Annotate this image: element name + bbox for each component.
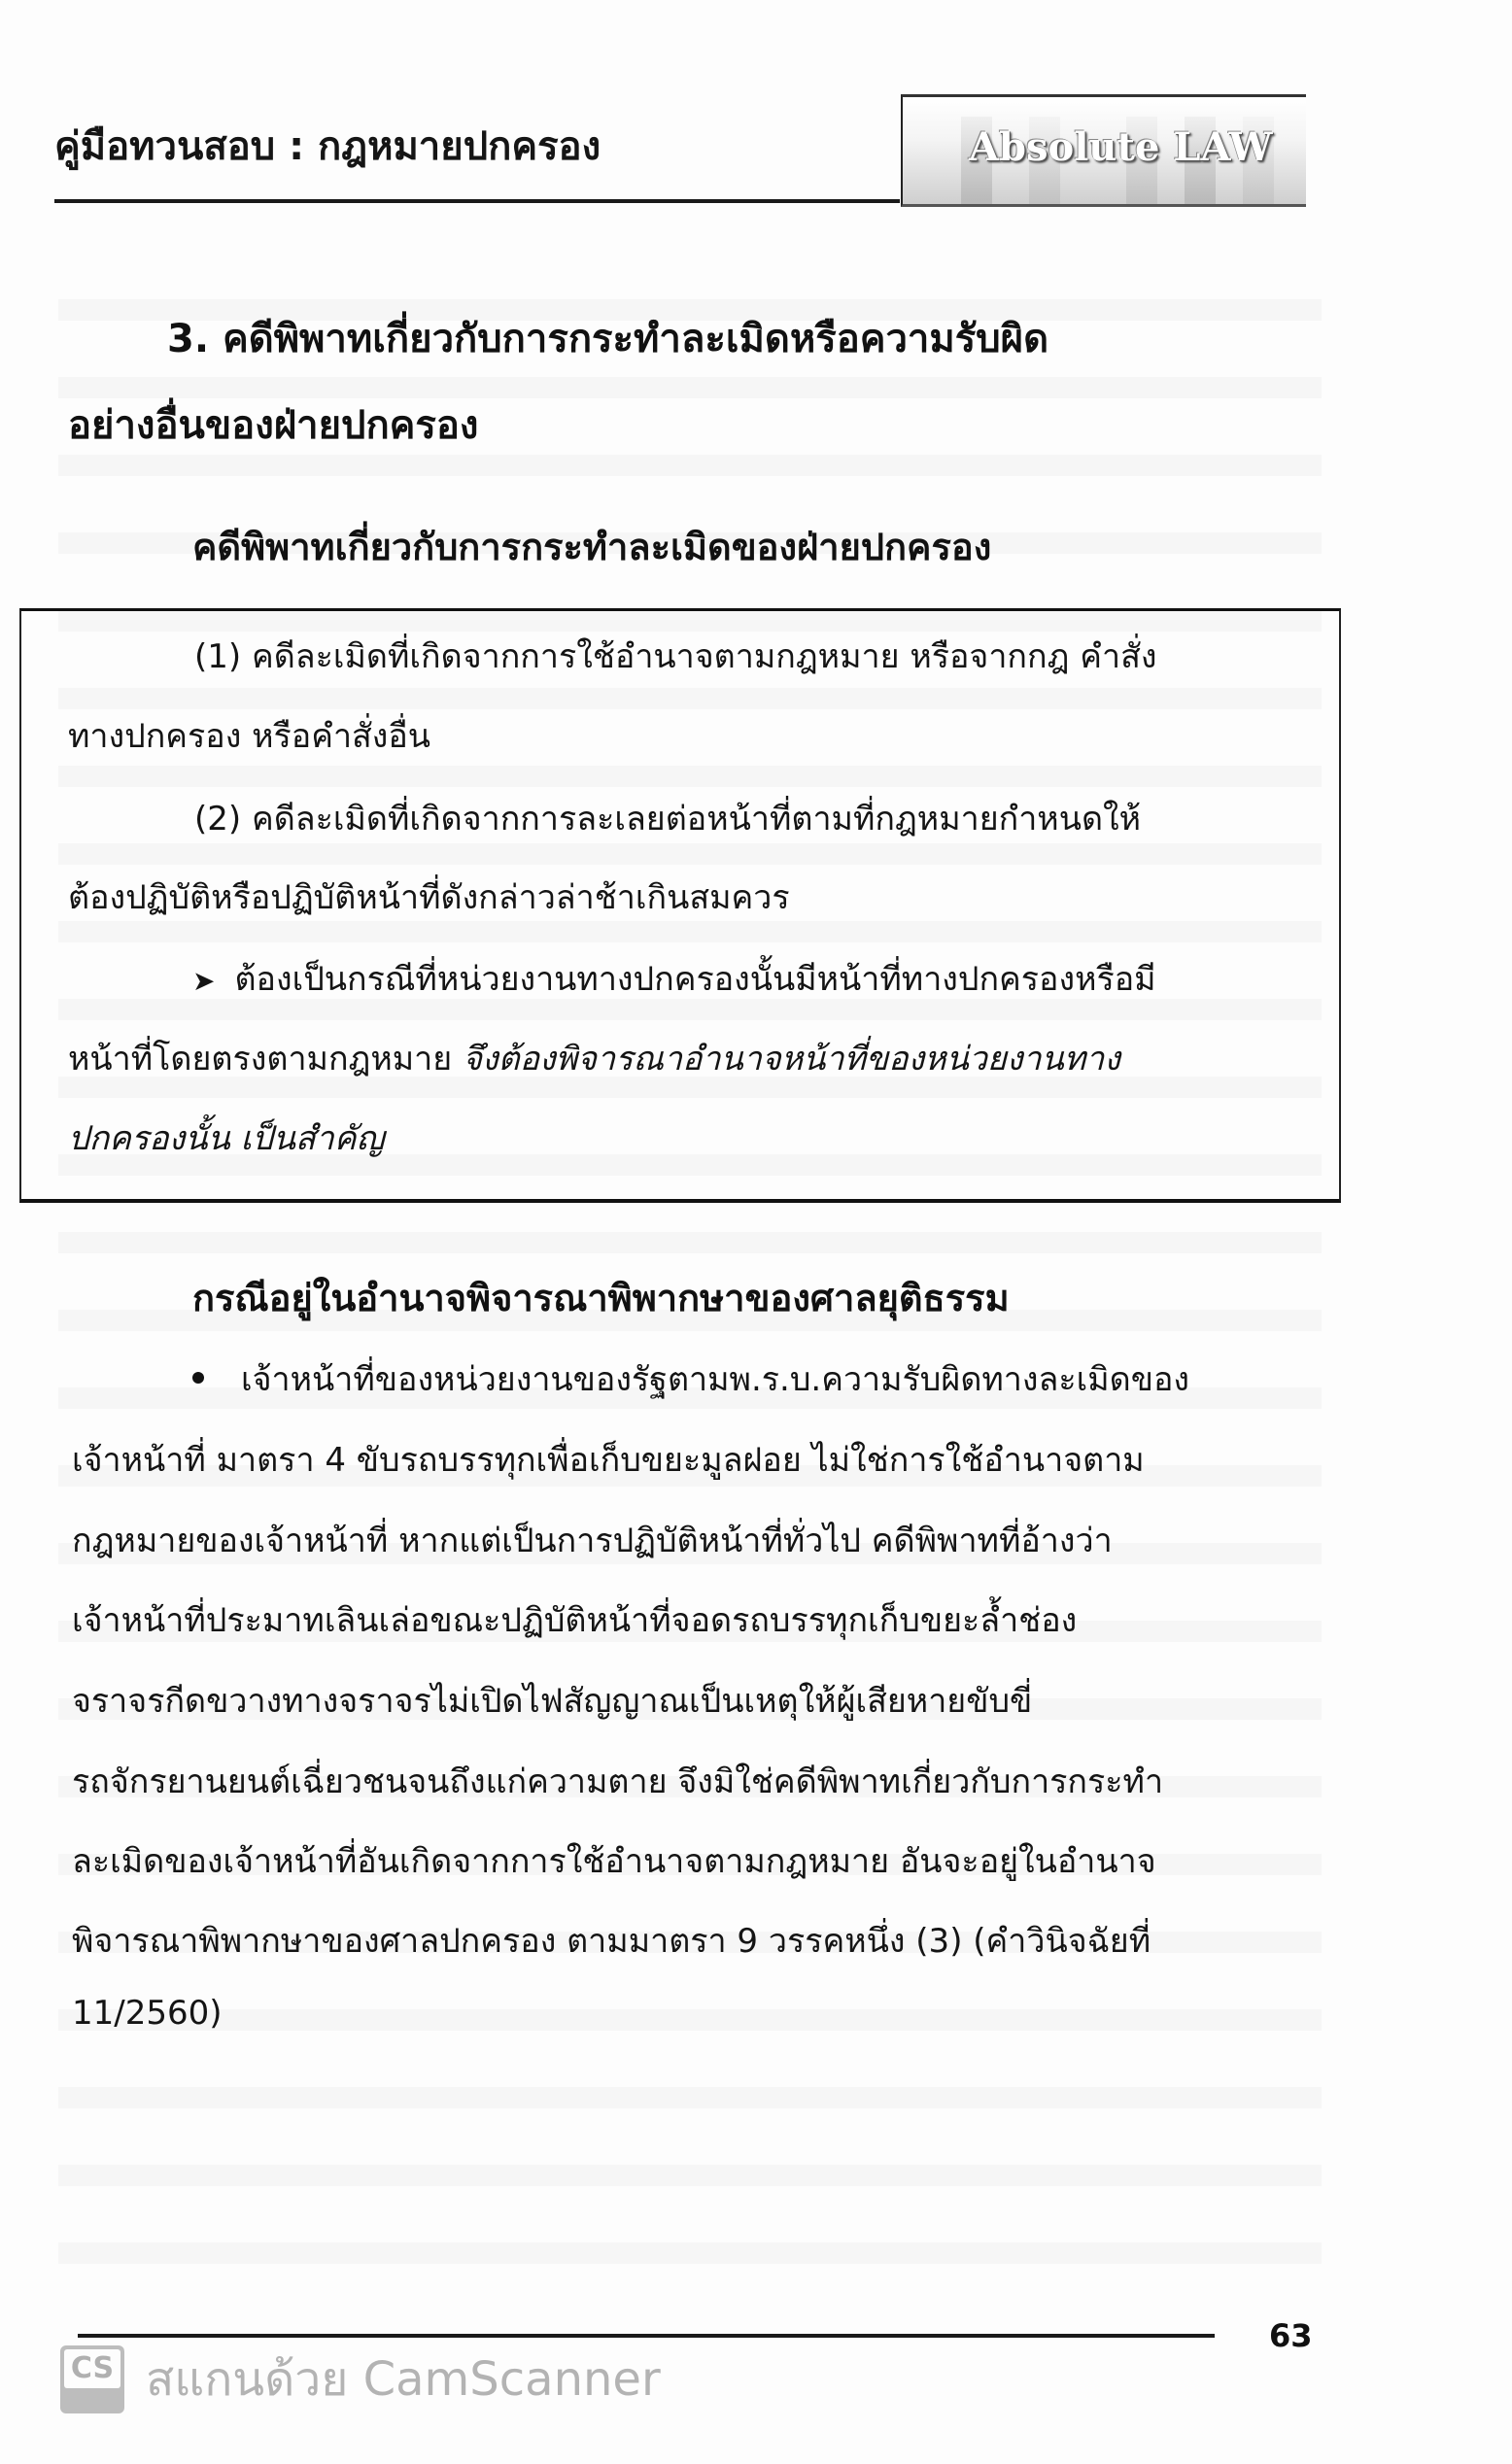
box-line-4: ต้องปฏิบัติหรือปฏิบัติหน้าที่ดังกล่าวล่า… [68,871,790,923]
case-line-6: รถจักรยานยนต์เฉี่ยวชนจนถึงแก่ความตาย จึง… [72,1755,1163,1807]
camscanner-logo-icon: CS [60,2345,124,2413]
bullet-text: ต้องเป็นกรณีที่หน่วยงานทางปกครองนั้นมีหน… [234,960,1155,999]
case-line-8: พิจารณาพิพากษาของศาลปกครอง ตามมาตรา 9 วร… [72,1914,1151,1967]
page-number: 63 [1269,2317,1313,2354]
logo-text: Absolute LAW [969,124,1272,170]
case-text: เจ้าหน้าที่ของหน่วยงานของรัฐตามพ.ร.บ.ควา… [241,1360,1189,1399]
case-line-2: เจ้าหน้าที่ มาตรา 4 ขับรถบรรทุกเพื่อเก็บ… [72,1433,1145,1486]
camscanner-watermark: CS สแกนด้วย CamScanner [60,2344,661,2414]
box-bullet-line-1: ➤ต้องเป็นกรณีที่หน่วยงานทางปกครองนั้นมีห… [192,952,1156,1005]
case-line-1: เจ้าหน้าที่ของหน่วยงานของรัฐตามพ.ร.บ.ควา… [192,1352,1189,1405]
bullet-text-italic: จึงต้องพิจารณาอำนาจหน้าที่ของหน่วยงานทาง [463,1040,1120,1078]
box-line-1: (1) คดีละเมิดที่เกิดจากการใช้อำนาจตามกฎห… [194,630,1156,682]
header-rule [54,199,900,203]
watermark-text: สแกนด้วย CamScanner [146,2343,661,2416]
chevron-bullet-icon: ➤ [192,965,215,997]
box-bullet-line-2: หน้าที่โดยตรงตามกฎหมาย จึงต้องพิจารณาอำน… [68,1032,1120,1084]
bullet-text-normal: หน้าที่โดยตรงตามกฎหมาย [68,1040,463,1078]
subheading-court-of-justice: กรณีอยู่ในอำนาจพิจารณาพิพากษาของศาลยุติธ… [192,1268,1010,1327]
box-line-2: ทางปกครอง หรือคำสั่งอื่น [68,709,430,762]
case-line-3: กฎหมายของเจ้าหน้าที่ หากแต่เป็นการปฏิบัต… [72,1514,1113,1566]
subheading-tort: คดีพิพาทเกี่ยวกับการกระทำละเมิดของฝ่ายปก… [192,517,991,576]
box-line-3: (2) คดีละเมิดที่เกิดจากการละเลยต่อหน้าที… [194,792,1141,844]
case-line-5: จราจรกีดขวางทางจราจรไม่เปิดไฟสัญญาณเป็นเ… [72,1674,1032,1727]
dot-bullet-icon [192,1372,204,1384]
absolute-law-logo: Absolute LAW [901,94,1306,207]
section-title-line1: 3. คดีพิพาทเกี่ยวกับการกระทำละเมิดหรือคว… [167,307,1048,369]
book-title: คู่มือทวนสอบ : กฎหมายปกครอง [54,115,601,177]
case-line-7: ละเมิดของเจ้าหน้าที่อันเกิดจากการใช้อำนา… [72,1834,1156,1887]
box-bullet-line-3: ปกครองนั้น เป็นสำคัญ [68,1112,385,1164]
section-title-line2: อย่างอื่นของฝ่ายปกครอง [68,394,478,456]
footer-rule [78,2334,1215,2338]
case-line-4: เจ้าหน้าที่ประมาทเลินเล่อขณะปฏิบัติหน้าท… [72,1593,1077,1646]
case-line-9: 11/2560) [72,1994,223,2033]
